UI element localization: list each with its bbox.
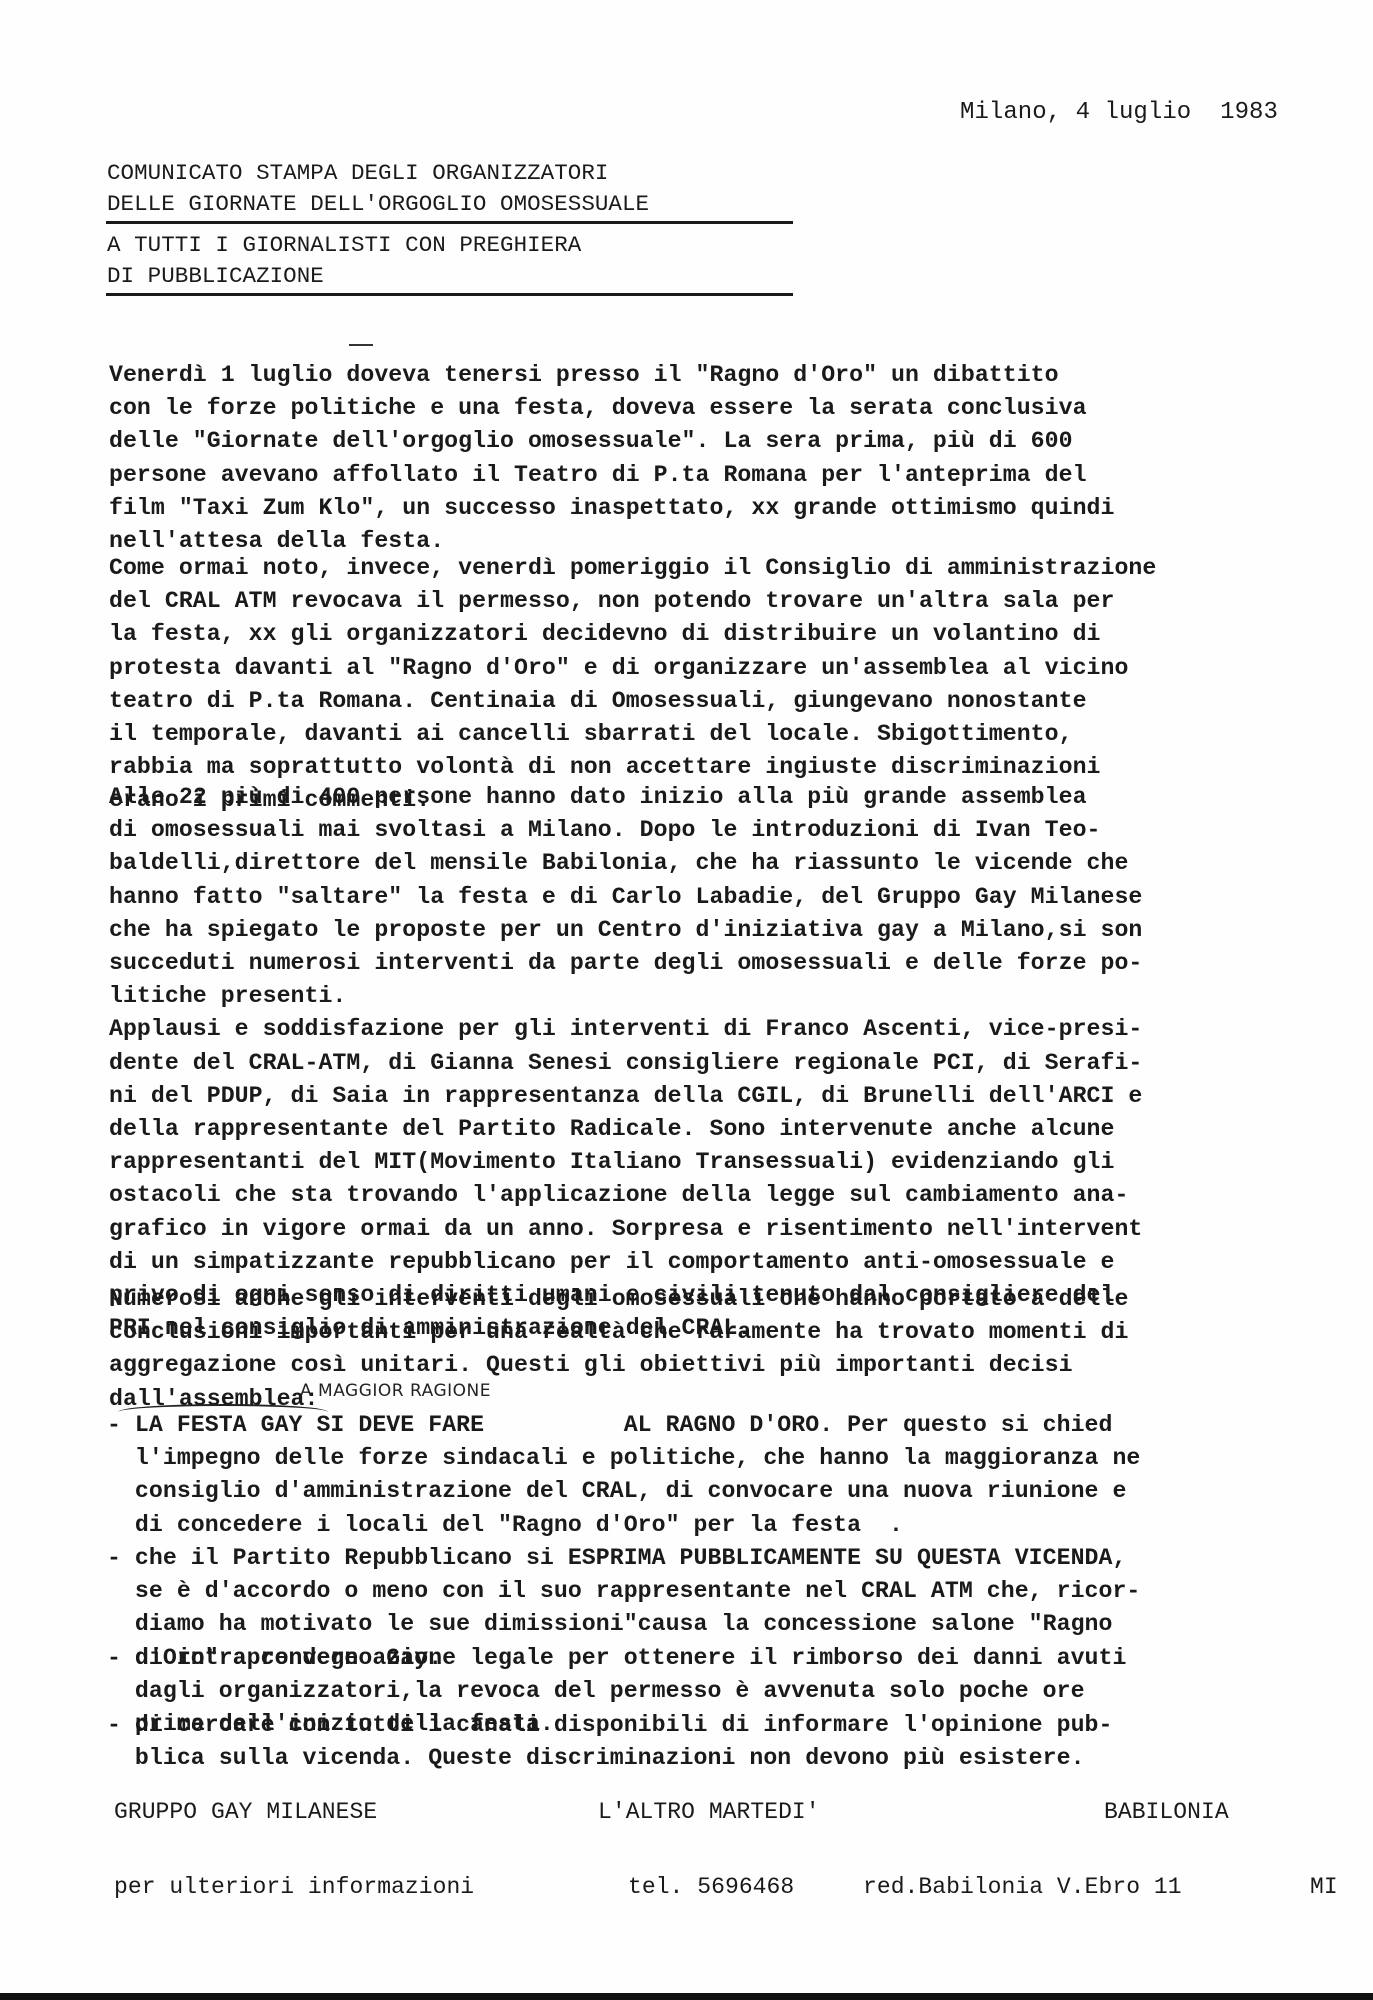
paragraph-1-line: delle "Giornate dell'orgoglio omosessual… [109, 430, 1073, 453]
paragraph-3-line: succeduti numerosi interventi da parte d… [109, 952, 1142, 975]
paragraph-3-line: rappresentanti del MIT(Movimento Italian… [109, 1151, 1114, 1174]
header-title-line-1: COMUNICATO STAMPA DEGLI ORGANIZZATORI [107, 162, 608, 185]
paragraph-2-line: rabbia ma soprattutto volontà di non acc… [109, 756, 1101, 779]
objective-3-line: - di intraprendere azione legale per ott… [107, 1647, 1126, 1670]
document-date: Milano, 4 luglio 1983 [960, 101, 1278, 125]
paragraph-4-line: Numerosi anche gli interventi degli omos… [109, 1288, 1128, 1311]
paragraph-1-line: nell'attesa della festa. [109, 530, 444, 553]
handwritten-annotation: A MAGGIOR RAGIONE [300, 1381, 491, 1401]
paragraph-3-line: ostacoli che sta trovando l'applicazione… [109, 1184, 1128, 1207]
objective-4-line: blica sulla vicenda. Queste discriminazi… [107, 1747, 1085, 1770]
paragraph-2-line: protesta davanti al "Ragno d'Oro" e di o… [109, 657, 1128, 680]
paragraph-3-line: litiche presenti. [109, 985, 346, 1008]
paragraph-1-line: Venerdì 1 luglio doveva tenersi presso i… [109, 364, 1059, 387]
paragraph-3-line: di un simpatizzante repubblicano per il … [109, 1251, 1114, 1274]
paragraph-2-line: il temporale, davanti ai cancelli sbarra… [109, 723, 1073, 746]
contact-city: MI [1310, 1876, 1338, 1899]
signatory-altro-martedi: L'ALTRO MARTEDI' [598, 1801, 820, 1824]
paragraph-3-line: Applausi e soddisfazione per gli interve… [109, 1018, 1142, 1041]
paragraph-4-line: conclusioni importanti per una realtà ch… [109, 1321, 1128, 1344]
paragraph-2-line: del CRAL ATM revocava il permesso, non p… [109, 590, 1114, 613]
press-release-page: Milano, 4 luglio 1983 COMUNICATO STAMPA … [0, 0, 1373, 1992]
signatory-babilonia: BABILONIA [1104, 1801, 1229, 1824]
objective-2-line: se è d'accordo o meno con il suo rappres… [107, 1580, 1140, 1603]
objective-3-line: dagli organizzatori,la revoca del permes… [107, 1680, 1085, 1703]
paragraph-3-line: ni del PDUP, di Saia in rappresentanza d… [109, 1085, 1142, 1108]
paragraph-2-line: la festa, xx gli organizzatori decidevno… [109, 623, 1101, 646]
objective-1-line: l'impegno delle forze sindacali e politi… [107, 1447, 1140, 1470]
contact-address: red.Babilonia V.Ebro 11 [863, 1876, 1182, 1899]
paragraph-3-line: Alle 22 più di 400 persone hanno dato in… [109, 786, 1087, 809]
handwritten-arrow-mark [118, 1404, 328, 1420]
paragraph-2-line: teatro di P.ta Romana. Centinaia di Omos… [109, 690, 1087, 713]
contact-label: per ulteriori informazioni [114, 1876, 474, 1899]
stray-mark [349, 344, 373, 346]
paragraph-1-line: film "Taxi Zum Klo", un successo inaspet… [109, 497, 1114, 520]
paragraph-3-line: dente del CRAL-ATM, di Gianna Senesi con… [109, 1052, 1142, 1075]
objective-1-line: consiglio d'amministrazione del CRAL, di… [107, 1480, 1126, 1503]
paragraph-1-line: persone avevano affollato il Teatro di P… [109, 464, 1087, 487]
paragraph-3-line: che ha spiegato le proposte per un Centr… [109, 919, 1142, 942]
objective-2-line: - che il Partito Repubblicano si ESPRIMA… [107, 1547, 1126, 1570]
signatory-gruppo-gay-milanese: GRUPPO GAY MILANESE [114, 1801, 377, 1824]
header-addressee-line-1: A TUTTI I GIORNALISTI CON PREGHIERA [107, 234, 581, 257]
paragraph-3-line: della rappresentante del Partito Radical… [109, 1118, 1114, 1141]
header-underline-2 [106, 293, 793, 296]
objective-4-line: - di cercare con tutti i canali disponib… [107, 1714, 1112, 1737]
objective-2-line: diamo ha motivato le sue dimissioni"caus… [107, 1613, 1112, 1636]
paragraph-3-line: baldelli,direttore del mensile Babilonia… [109, 852, 1128, 875]
contact-phone: tel. 5696468 [628, 1876, 794, 1899]
paragraph-2-line: Come ormai noto, invece, venerdì pomerig… [109, 557, 1156, 580]
paragraph-1-line: con le forze politiche e una festa, dove… [109, 397, 1087, 420]
scan-border [0, 1993, 1373, 2000]
header-title-line-2: DELLE GIORNATE DELL'ORGOGLIO OMOSESSUALE [107, 193, 649, 216]
paragraph-3-line: di omosessuali mai svoltasi a Milano. Do… [109, 819, 1101, 842]
paragraph-3-line: hanno fatto "saltare" la festa e di Carl… [109, 886, 1142, 909]
paragraph-3-line: grafico in vigore ormai da un anno. Sorp… [109, 1218, 1142, 1241]
objective-1-line: di concedere i locali del "Ragno d'Oro" … [107, 1514, 903, 1537]
paragraph-4-line: aggregazione così unitari. Questi gli ob… [109, 1354, 1073, 1377]
header-underline-1 [106, 221, 793, 224]
header-addressee-line-2: DI PUBBLICAZIONE [107, 265, 324, 288]
